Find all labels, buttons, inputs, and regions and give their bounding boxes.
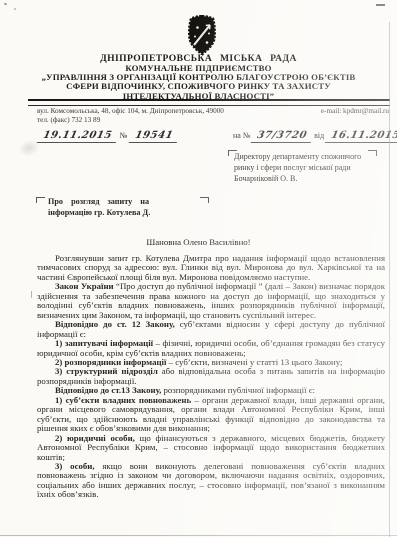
- org-email: e-mail: kpdmr@mail.ru: [321, 107, 389, 125]
- incoming-date-label: від: [314, 131, 324, 140]
- incoming-number-label: на №: [233, 131, 250, 140]
- number-sign: №: [120, 131, 128, 140]
- letterhead-org-name: ДНІПРОПЕТРОВСЬКА МІСЬКА РАДА КОМУНАЛЬНЕ …: [0, 54, 397, 101]
- recipient-block: Директору департаменту споживчого ринку …: [234, 152, 376, 184]
- body-paragraph: 2) юридичні особи, що фінансуються з дер…: [37, 434, 385, 462]
- paragraph-text: Розглянувши запит гр. Котулева Дмитра пр…: [37, 253, 385, 282]
- corner-bracket: [36, 197, 45, 203]
- letterhead-divider: [28, 99, 390, 106]
- subject-block: Про розгляд запиту на інформацію гр. Кот…: [48, 196, 206, 218]
- body-paragraph: 1) запитувачі інформації – фізичні, юрид…: [37, 339, 385, 358]
- recipient-line: Бочарніковій О. В.: [234, 174, 376, 185]
- incoming-reference: на № 37/3720 від 16.11.2015: [233, 131, 397, 143]
- scan-speck: [31, 291, 32, 298]
- body-paragraph: 3) структурний підрозділ або відповідаль…: [37, 367, 385, 386]
- document-page: ДНІПРОПЕТРОВСЬКА МІСЬКА РАДА КОМУНАЛЬНЕ …: [0, 0, 397, 537]
- outgoing-date-handwritten: 19.11.2015: [37, 131, 118, 143]
- body-paragraph: 1) суб’єкти владних повноважень – органи…: [37, 396, 385, 434]
- recipient-line: Директору департаменту споживчого: [234, 152, 376, 163]
- body-paragraph: Закон України “Про доступ до публічної і…: [37, 282, 385, 320]
- salutation: Шановна Олено Василівно!: [0, 237, 397, 247]
- body-paragraph: 3) особи, якщо вони виконують делеговані…: [37, 462, 385, 500]
- outgoing-reference: 19.11.2015№19541: [38, 131, 178, 143]
- scan-speck: [4, 2, 8, 5]
- reference-row: 19.11.2015№19541 на № 37/3720 від 16.11.…: [38, 131, 389, 149]
- scan-speck: [14, 8, 16, 10]
- incoming-number-handwritten: 37/3720: [251, 131, 313, 143]
- org-phone: тел. (факс) 732 13 89: [37, 116, 224, 125]
- scan-dash: [376, 4, 385, 6]
- recipient-line: ринку і сфери послуг міської ради: [234, 163, 376, 174]
- contact-block: вул. Комсомольська, 48, офіс 104, м. Дні…: [37, 107, 389, 125]
- subject-line: Про розгляд запиту на: [48, 196, 206, 207]
- scan-edge-line-right: [389, 22, 390, 537]
- contact-left: вул. Комсомольська, 48, офіс 104, м. Дні…: [37, 107, 224, 125]
- body-paragraph: Відповідно до ст. 12 Закону, суб’єктами …: [37, 320, 385, 339]
- letter-body: Розглянувши запит гр. Котулева Дмитра пр…: [37, 254, 385, 500]
- body-paragraph: Розглянувши запит гр. Котулева Дмитра пр…: [37, 254, 385, 282]
- incoming-date-handwritten: 16.11.2015: [325, 131, 397, 143]
- subject-line: інформацію гр. Котулева Д.: [48, 207, 206, 218]
- org-address: вул. Комсомольська, 48, офіс 104, м. Дні…: [37, 107, 224, 116]
- outgoing-number-handwritten: 19541: [129, 131, 179, 143]
- coat-of-arms-icon: [186, 15, 218, 55]
- scan-edge-line-bottom: [0, 535, 397, 536]
